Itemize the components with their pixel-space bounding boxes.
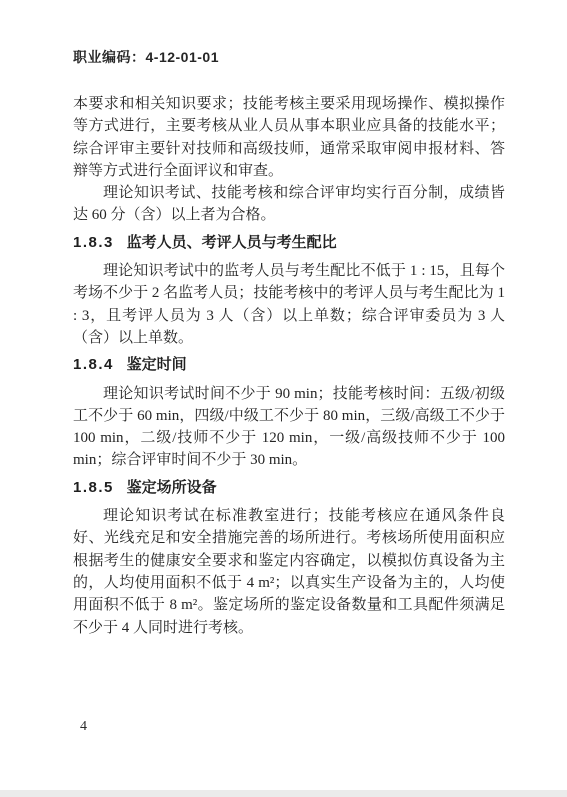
paragraph-continued-from-previous-page: 本要求和相关知识要求；技能考核主要采用现场操作、模拟操作等方式进行，主要考核从业… [73, 93, 505, 182]
section-heading-1-8-3: 1.8.3监考人员、考评人员与考生配比 [73, 232, 505, 254]
paragraph-venue-equipment: 理论知识考试在标准教室进行；技能考核应在通风条件良好、光线充足和安全措施完善的场… [73, 505, 505, 639]
page-bottom-edge [0, 790, 567, 797]
section-number: 1.8.5 [73, 479, 114, 496]
section-heading-1-8-4: 1.8.4鉴定时间 [73, 354, 505, 376]
section-heading-1-8-5: 1.8.5鉴定场所设备 [73, 477, 505, 499]
occupation-code-header: 职业编码：4-12-01-01 [73, 47, 219, 67]
paragraph-scoring-rule: 理论知识考试、技能考核和综合评审均实行百分制，成绩皆达 60 分（含）以上者为合… [73, 182, 505, 227]
section-number: 1.8.3 [73, 234, 114, 251]
section-title: 鉴定时间 [127, 356, 187, 373]
section-title: 鉴定场所设备 [127, 479, 217, 496]
page-content: 本要求和相关知识要求；技能考核主要采用现场操作、模拟操作等方式进行，主要考核从业… [73, 93, 505, 639]
page-number: 4 [80, 719, 87, 735]
section-number: 1.8.4 [73, 356, 114, 373]
document-page: 职业编码：4-12-01-01 本要求和相关知识要求；技能考核主要采用现场操作、… [0, 0, 567, 797]
section-title: 监考人员、考评人员与考生配比 [127, 234, 337, 251]
paragraph-proctor-ratio: 理论知识考试中的监考人员与考生配比不低于 1 : 15，且每个考场不少于 2 名… [73, 260, 505, 349]
paragraph-assessment-time: 理论知识考试时间不少于 90 min；技能考核时间：五级/初级工不少于 60 m… [73, 383, 505, 472]
